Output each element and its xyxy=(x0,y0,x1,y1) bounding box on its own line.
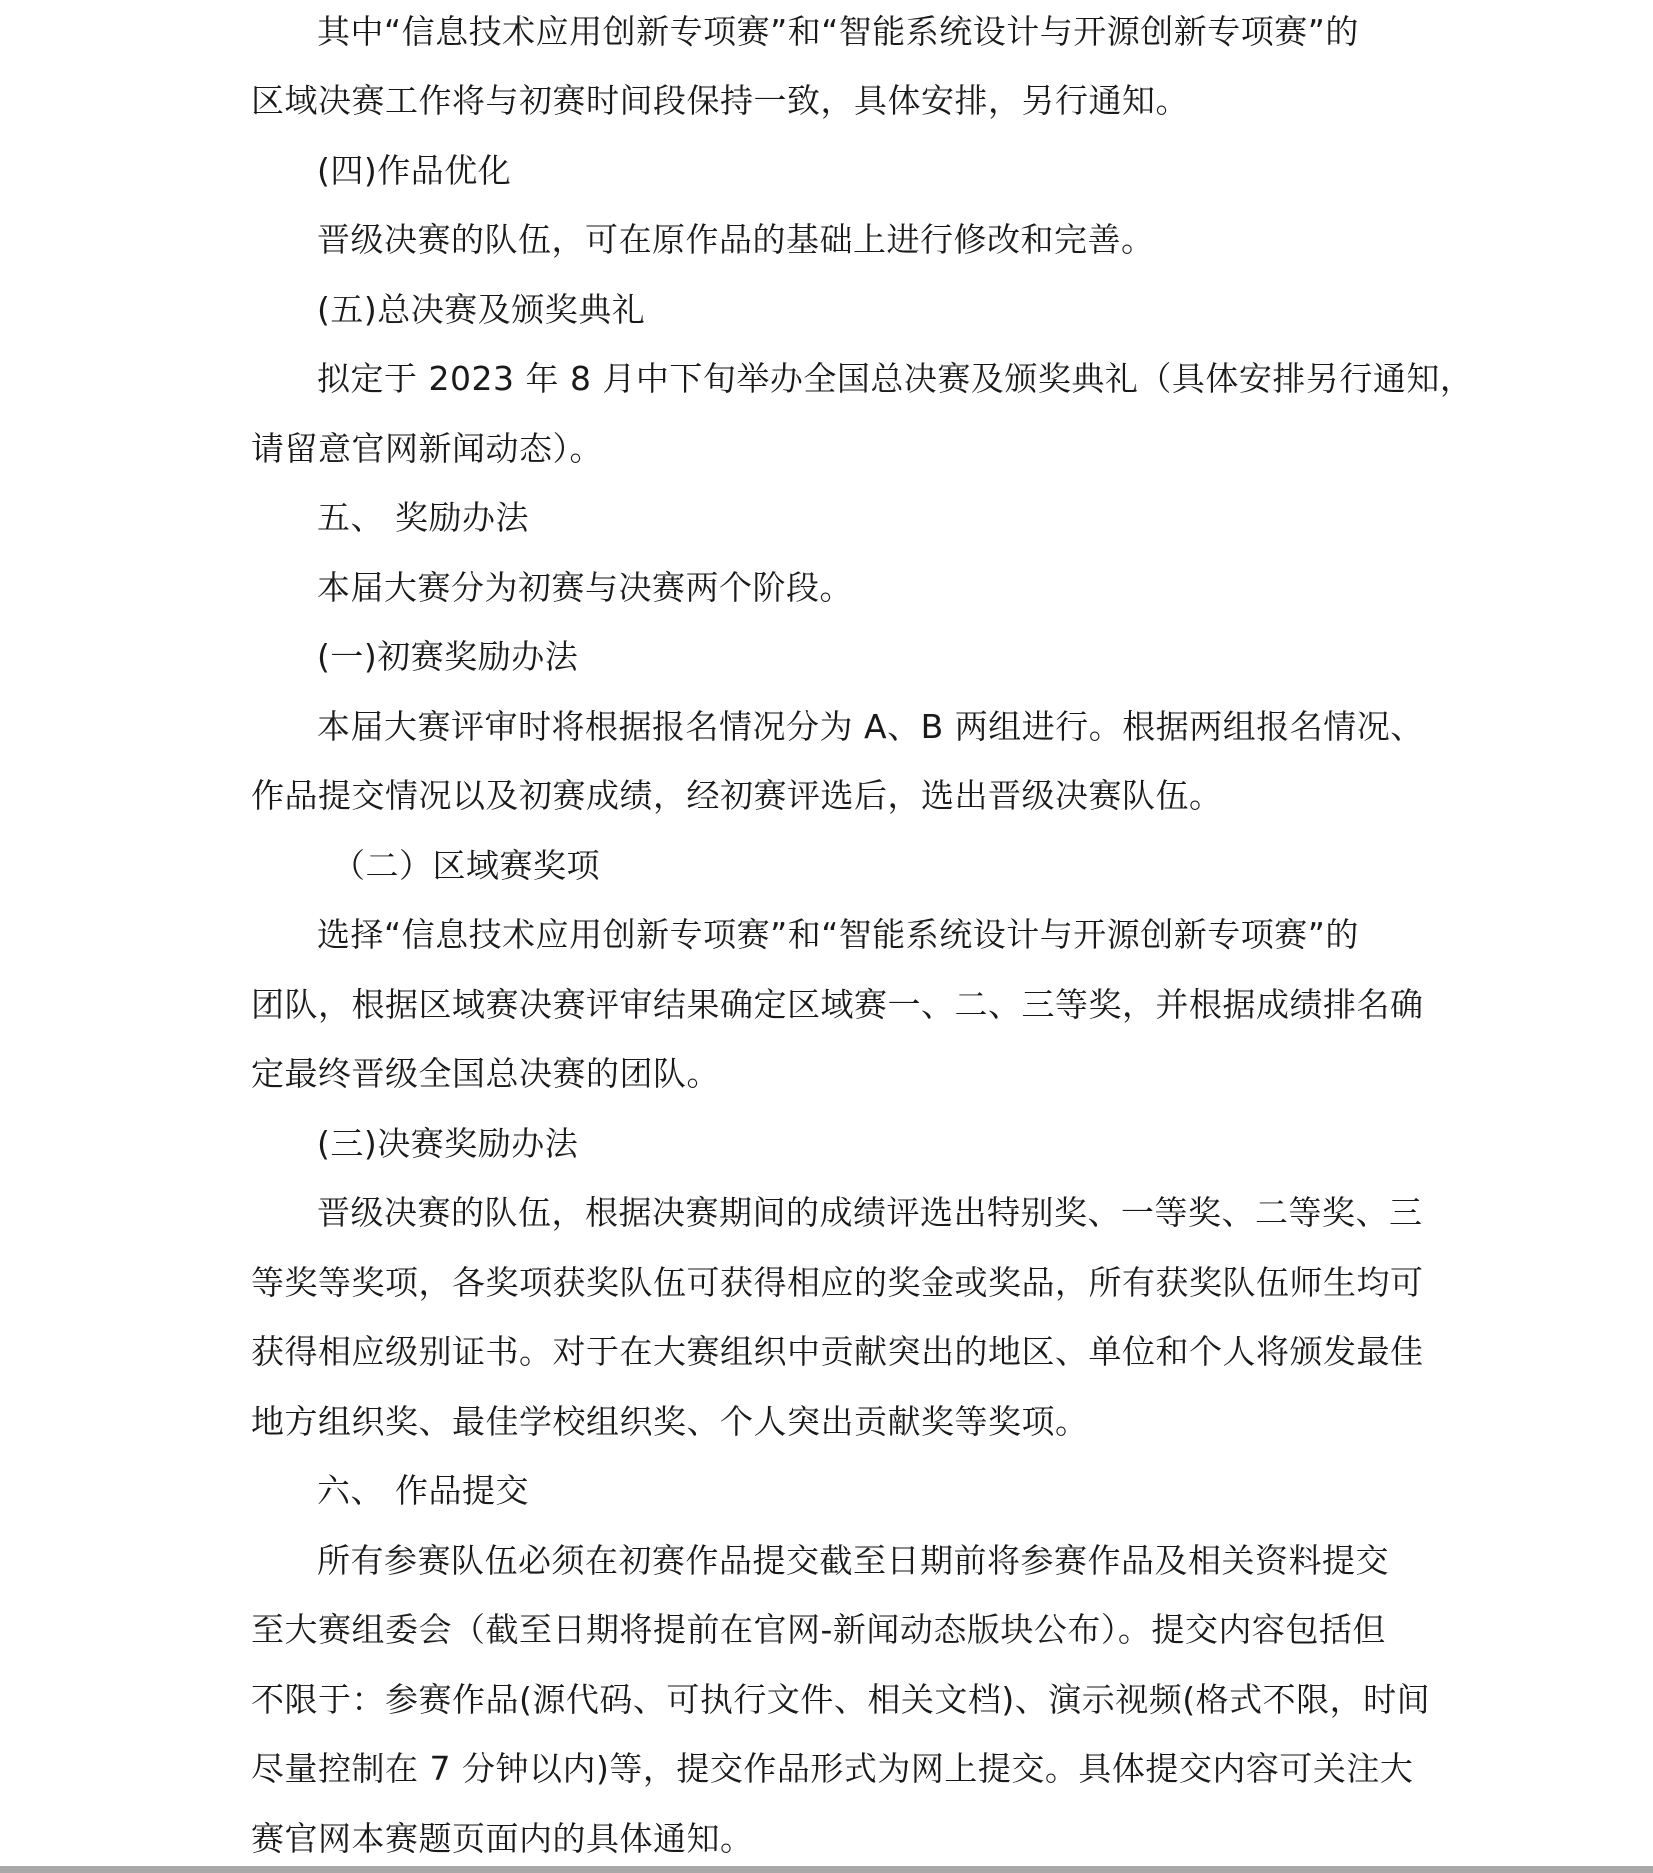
paragraph-line: 尽量控制在 7 分钟以内)等，提交作品形式为网上提交。具体提交内容可关注大 xyxy=(251,1749,1413,1789)
paragraph-line: 地方组织奖、最佳学校组织奖、个人突出贡献奖等奖项。 xyxy=(251,1402,1089,1442)
paragraph-line: 获得相应级别证书。对于在大赛组织中贡献突出的地区、单位和个人将颁发最佳 xyxy=(251,1332,1424,1372)
paragraph-line: 所有参赛队伍必须在初赛作品提交截至日期前将参赛作品及相关资料提交 xyxy=(317,1541,1389,1581)
paragraph-line: 作品提交情况以及初赛成绩，经初赛评选后，选出晋级决赛队伍。 xyxy=(251,776,1223,816)
paragraph-line: 晋级决赛的队伍，根据决赛期间的成绩评选出特别奖、一等奖、二等奖、三 xyxy=(317,1193,1423,1233)
paragraph-line: 至大赛组委会（截至日期将提前在官网-新闻动态版块公布）。提交内容包括但 xyxy=(251,1610,1386,1650)
paragraph-line: 选择“信息技术应用创新专项赛”和“智能系统设计与开源创新专项赛”的 xyxy=(317,915,1359,955)
paragraph-line: 其中“信息技术应用创新专项赛”和“智能系统设计与开源创新专项赛”的 xyxy=(317,12,1359,52)
paragraph-line: 区域决赛工作将与初赛时间段保持一致，具体安排，另行通知。 xyxy=(251,81,1189,121)
section-heading: (五)总决赛及颁奖典礼 xyxy=(317,290,645,330)
paragraph-line: 拟定于 2023 年 8 月中下旬举办全国总决赛及颁奖典礼（具体安排另行通知， xyxy=(317,359,1473,399)
paragraph-line: 团队，根据区域赛决赛评审结果确定区域赛一、二、三等奖，并根据成绩排名确 xyxy=(251,985,1424,1025)
section-heading: (四)作品优化 xyxy=(317,151,511,191)
paragraph-line: 等奖等奖项，各奖项获奖队伍可获得相应的奖金或奖品，所有获奖队伍师生均可 xyxy=(251,1263,1424,1303)
section-heading: (三)决赛奖励办法 xyxy=(317,1124,578,1164)
paragraph-line: 定最终晋级全国总决赛的团队。 xyxy=(251,1054,720,1094)
document-page: 其中“信息技术应用创新专项赛”和“智能系统设计与开源创新专项赛”的 区域决赛工作… xyxy=(0,0,1653,1866)
paragraph-line: 晋级决赛的队伍，可在原作品的基础上进行修改和完善。 xyxy=(317,220,1155,260)
chapter-heading: 五、 奖励办法 xyxy=(317,498,529,538)
paragraph-line: 请留意官网新闻动态）。 xyxy=(251,429,603,469)
chapter-heading: 六、 作品提交 xyxy=(317,1471,529,1511)
section-heading: (一)初赛奖励办法 xyxy=(317,637,578,677)
section-heading: （二）区域赛奖项 xyxy=(332,846,600,886)
paragraph-line: 本届大赛分为初赛与决赛两个阶段。 xyxy=(317,568,853,608)
paragraph-line: 不限于：参赛作品(源代码、可执行文件、相关文档)、演示视频(格式不限，时间 xyxy=(251,1680,1430,1720)
paragraph-line: 赛官网本赛题页面内的具体通知。 xyxy=(251,1819,754,1859)
bottom-divider xyxy=(0,1866,1653,1873)
paragraph-line: 本届大赛评审时将根据报名情况分为 A、B 两组进行。根据两组报名情况、 xyxy=(317,707,1424,747)
